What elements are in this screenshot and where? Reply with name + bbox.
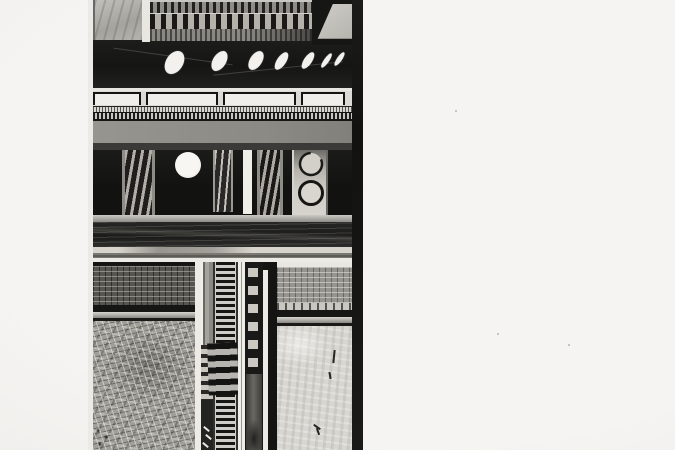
white-key-mark bbox=[202, 442, 209, 448]
film-edge-border bbox=[352, 0, 363, 450]
paper-dust-speck bbox=[455, 110, 457, 112]
white-key-mark bbox=[205, 434, 212, 440]
clerestory-panel bbox=[301, 92, 345, 105]
facade-strip bbox=[150, 0, 312, 41]
rail-center-line bbox=[241, 262, 242, 450]
scratch-mark bbox=[328, 372, 331, 379]
panels-row bbox=[93, 91, 352, 106]
chair-stack bbox=[207, 342, 239, 395]
photomontage-print bbox=[88, 0, 363, 450]
clerestory-panel bbox=[93, 92, 141, 105]
photograph-on-paper-sheet bbox=[0, 0, 675, 450]
paper-dust-speck bbox=[568, 344, 570, 346]
scratch-mark bbox=[332, 350, 335, 363]
white-oval-5 bbox=[299, 50, 316, 70]
dark-base bbox=[201, 400, 213, 450]
white-oval-2 bbox=[208, 48, 231, 74]
street-blur-band bbox=[93, 222, 352, 247]
paper-dust-speck bbox=[497, 333, 499, 335]
white-oval-6 bbox=[320, 52, 334, 69]
dark-band bbox=[93, 143, 352, 150]
corner-block bbox=[312, 0, 352, 45]
corner-gray-quad bbox=[312, 0, 352, 45]
white-oval-1 bbox=[161, 47, 189, 77]
film-column-base bbox=[246, 374, 262, 450]
facade-base-row bbox=[150, 29, 312, 41]
white-oval-7 bbox=[333, 51, 346, 67]
film-strip-column bbox=[245, 262, 263, 450]
black-band bbox=[93, 305, 195, 312]
dark-brick-lintel bbox=[93, 266, 195, 305]
clerestory-panel bbox=[223, 92, 296, 105]
light-brick-lintel bbox=[277, 267, 352, 303]
ovals-band bbox=[93, 38, 352, 89]
concrete-band bbox=[93, 121, 352, 143]
white-gap-strip bbox=[142, 0, 150, 42]
white-key-mark bbox=[203, 426, 210, 432]
white-rail bbox=[238, 262, 245, 450]
facade-colonnade-row bbox=[150, 13, 312, 29]
bottom-section bbox=[93, 262, 352, 450]
corner-specks bbox=[95, 427, 111, 447]
clerestory-panel bbox=[146, 92, 218, 105]
black-pillar bbox=[268, 262, 277, 450]
bottom-left-window bbox=[93, 262, 195, 450]
dial-panel bbox=[292, 150, 328, 216]
black-band bbox=[277, 310, 352, 317]
film-frames bbox=[248, 268, 258, 374]
dentil-row bbox=[277, 303, 352, 310]
comb-grill-coarse bbox=[93, 112, 352, 121]
stucco-texture bbox=[277, 326, 352, 450]
ring-dials bbox=[294, 150, 330, 216]
marble-block bbox=[93, 0, 142, 40]
coil-stack-right bbox=[257, 150, 283, 216]
bottom-right-window bbox=[277, 262, 352, 450]
white-post bbox=[243, 150, 252, 214]
rope-ladder bbox=[213, 150, 233, 212]
coil-stack-left bbox=[122, 150, 155, 218]
photo-content bbox=[93, 0, 352, 450]
shelf-section bbox=[93, 150, 352, 218]
white-disc bbox=[175, 152, 201, 178]
shelf-bar bbox=[93, 215, 352, 222]
facade-window-row bbox=[150, 0, 312, 13]
